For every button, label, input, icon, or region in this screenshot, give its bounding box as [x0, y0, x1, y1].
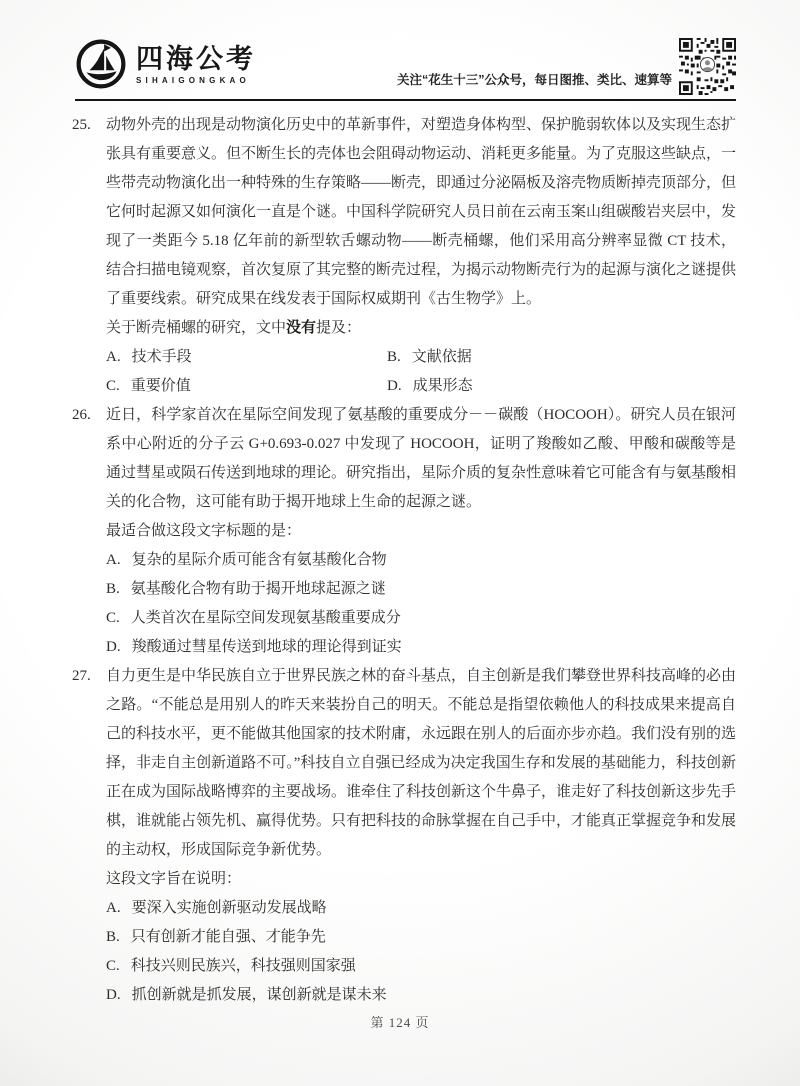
question-25-options: A.技术手段 B.文献依据 C.重要价值 D.成果形态 [106, 343, 736, 401]
option-25-c: C.重要价值 [106, 372, 387, 401]
option-26-b: B.氨基酸化合物有助于揭开地球起源之谜 [106, 575, 736, 604]
brand-text: 四海公考 SIHAIGONGKAO [136, 44, 256, 85]
option-27-c: C.科技兴则民族兴，科技强则国家强 [106, 952, 736, 981]
page-header: 四海公考 SIHAIGONGKAO 关注“花生十三”公众号，每日图推、类比、速算… [75, 30, 736, 101]
option-25-d: D.成果形态 [387, 372, 736, 401]
question-25: 25. 动物外壳的出现是动物演化历史中的革新事件，对塑造身体构型、保护脆弱软体以… [72, 111, 736, 401]
question-26-number: 26. [72, 401, 106, 430]
qr-code-icon [679, 38, 736, 95]
question-26: 26. 近日，科学家首次在星际空间发现了氨基酸的重要成分－－碳酸（HOCOOH）… [72, 401, 736, 662]
option-26-a: A.复杂的星际介质可能含有氨基酸化合物 [106, 546, 736, 575]
question-25-number: 25. [72, 111, 106, 140]
question-27-number: 27. [72, 662, 106, 691]
question-26-options: A.复杂的星际介质可能含有氨基酸化合物 B.氨基酸化合物有助于揭开地球起源之谜 … [106, 546, 736, 662]
brand: 四海公考 SIHAIGONGKAO [75, 38, 256, 90]
question-25-stem: 关于断壳桶螺的研究，文中没有提及： [106, 314, 736, 343]
option-27-d: D.抓创新就是抓发展，谋创新就是谋未来 [106, 981, 736, 1010]
question-27-options: A.要深入实施创新驱动发展战略 B.只有创新才能自强、才能争先 C.科技兴则民族… [106, 894, 736, 1010]
option-25-b: B.文献依据 [387, 343, 736, 372]
stem-suffix: 提及： [316, 320, 361, 336]
brand-subtitle: SIHAIGONGKAO [136, 76, 256, 85]
question-26-passage: 近日，科学家首次在星际空间发现了氨基酸的重要成分－－碳酸（HOCOOH）。研究人… [106, 401, 736, 517]
brand-name: 四海公考 [136, 44, 256, 74]
option-26-d: D.羧酸通过彗星传送到地球的理论得到证实 [106, 633, 736, 662]
questions-area: 25. 动物外壳的出现是动物演化历史中的革新事件，对塑造身体构型、保护脆弱软体以… [72, 111, 736, 1010]
option-27-a: A.要深入实施创新驱动发展战略 [106, 894, 736, 923]
option-27-b: B.只有创新才能自强、才能争先 [106, 923, 736, 952]
header-tagline: 关注“花生十三”公众号，每日图推、类比、速算等 [397, 70, 672, 88]
sailboat-logo-icon [75, 38, 127, 90]
stem-bold-emphasis: 没有 [286, 320, 316, 336]
question-27-stem: 这段文字旨在说明： [106, 865, 736, 894]
page-footer: 第 124 页 [0, 1012, 800, 1031]
document-page: 四海公考 SIHAIGONGKAO 关注“花生十三”公众号，每日图推、类比、速算… [0, 0, 800, 1086]
stem-prefix: 关于断壳桶螺的研究，文中 [106, 320, 286, 336]
question-25-passage: 动物外壳的出现是动物演化历史中的革新事件，对塑造身体构型、保护脆弱软体以及实现生… [106, 111, 736, 314]
question-26-stem: 最适合做这段文字标题的是： [106, 517, 736, 546]
question-27: 27. 自力更生是中华民族自立于世界民族之林的奋斗基点，自主创新是我们攀登世界科… [72, 662, 736, 1010]
page-number: 第 124 页 [370, 1015, 429, 1030]
option-26-c: C.人类首次在星际空间发现氨基酸重要成分 [106, 604, 736, 633]
option-25-a: A.技术手段 [106, 343, 387, 372]
question-27-passage: 自力更生是中华民族自立于世界民族之林的奋斗基点，自主创新是我们攀登世界科技高峰的… [106, 662, 736, 865]
